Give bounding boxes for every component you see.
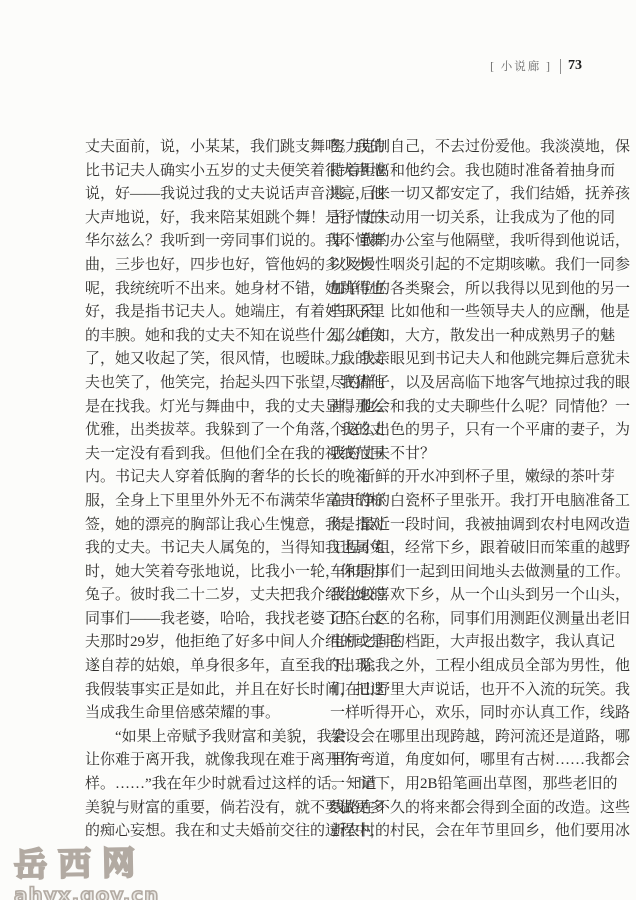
- text-line: 曲，三步也好，四步也好，管他妈的多少步: [85, 254, 307, 278]
- text-line: 夫一定没有看到我。但他们全在我的视线范围: [85, 443, 307, 467]
- text-line: 样。……”我在年少时就看过这样的话。知道: [85, 773, 307, 797]
- text-line: 车和同事们一起到田间地头去做测量的工作。: [330, 561, 553, 585]
- text-line: 内。书记夫人穿着低胸的奢华的长长的晚礼: [85, 466, 307, 490]
- text-line: 了，她又收起了笑，很风情，也暧昧。我的丈: [85, 348, 307, 372]
- text-line: 记下台区的名称，同事们用测距仪测量出老旧: [330, 608, 553, 632]
- text-line: 逃。后来一切又都安定了，我们结婚，抚养孩: [330, 183, 553, 207]
- text-line: 呢，我统统听不出来。她身材不错，她跳得也: [85, 278, 307, 302]
- text-line: 夫那时29岁，他拒绝了好多中间人介绍的或是毛: [85, 631, 307, 655]
- text-line: 说，好——我说过我的丈夫说话声音洪亮，他: [85, 183, 307, 207]
- text-line: 努力克制自己，不去过份爱他。我淡漠地，保: [330, 136, 553, 160]
- text-line: 加单位的各类聚会，所以我得以见到他的另一: [330, 278, 553, 302]
- text-line: 下。除我之外，工程小组成员全部为男性，他: [330, 655, 553, 679]
- text-line: 子。丈夫动用一切关系，让我成为了他的同: [330, 207, 553, 231]
- text-line: 以及慢性咽炎引起的不定期咳嗽。我们一同参: [330, 254, 553, 278]
- text-line: 事。我的办公室与他隔壁，我听得到他说话，: [330, 230, 553, 254]
- text-line: 在干净的白瓷杯子里张开。我打开电脑准备工: [330, 490, 553, 514]
- text-column-left: 丈夫面前，说，小某某，我们跳支舞吧。我的比书记夫人确实小五岁的丈夫便笑着很大声地…: [85, 136, 307, 844]
- text-line: 签，她的漂亮的胸部让我心生愧意，我是指对: [85, 514, 307, 538]
- text-line: 我比较喜欢下乡，从一个山头到另一个山头，: [330, 584, 553, 608]
- text-line: 我的丈夫。书记夫人属兔的，当得知我也属兔: [85, 537, 307, 561]
- text-line: 让你难于离开我，就像我现在难于离开你一: [85, 749, 307, 773]
- page-header: [ 小说廊 ] 73: [490, 58, 582, 74]
- text-column-right: 努力克制自己，不去过份爱他。我淡漠地，保持着距离和他约会。我也随时准备着抽身而逃…: [330, 136, 553, 844]
- text-line: 我假装事实正是如此，并且在好长时间，把这: [85, 679, 307, 703]
- header-divider-line: [560, 59, 561, 74]
- text-line: 比书记夫人确实小五岁的丈夫便笑着很大声地: [85, 160, 307, 184]
- text-line: 们在山野里大声说话，也开不入流的玩笑。我: [330, 679, 553, 703]
- text-line: 丈夫面前，说，小某某，我们跳支舞吧。我的: [85, 136, 307, 160]
- watermark: 岳西网 ahyx.gov.cn: [14, 838, 159, 900]
- page-number: 73: [568, 58, 582, 74]
- text-line: 遂自荐的姑娘，单身很多年，直至我的出现。: [85, 655, 307, 679]
- text-line: 电杆之间的档距，大声报出数字，我认真记: [330, 631, 553, 655]
- text-line: 作。最近一段时间，我被抽调到农村电网改造: [330, 514, 553, 538]
- section-label: [ 小说廊 ]: [490, 58, 552, 74]
- text-line: 美貌与财富的重要，倘若没有，就不要做更多: [85, 797, 307, 821]
- article-body: 丈夫面前，说，小某某，我们跳支舞吧。我的比书记夫人确实小五岁的丈夫便笑着很大声地…: [85, 136, 553, 844]
- text-line: 神。他会和我的丈夫聊些什么呢？同情他？一: [330, 396, 553, 420]
- text-line: 兔子。彼时我二十二岁，丈夫把我介绍给她的: [85, 584, 307, 608]
- watermark-site-name: 岳西网: [14, 837, 160, 887]
- text-line: 线路在不久的将来都会得到全面的改造。这些: [330, 797, 553, 821]
- text-line: 同事们——我老婆，哈哈，我找老婆了哈。丈: [85, 608, 307, 632]
- text-line: 力。我亲眼见到书记夫人和他跳完舞后意犹未: [330, 348, 553, 372]
- text-line: 个这么出色的男子，只有一个平庸的妻子，为: [330, 419, 553, 443]
- text-line: 优雅，出类拔萃。我躲到了一个角落，我的丈: [85, 419, 307, 443]
- text-line: 那么自如，大方，散发出一种成熟男子的魅: [330, 325, 553, 349]
- text-line: 华尔兹么？我听到一旁同事们说的。我不懂舞: [85, 230, 307, 254]
- text-line: 服，全身上下里里外外无不布满荣华富贵的标: [85, 490, 307, 514]
- text-line: 好，我是指书记夫人。她端庄，有着好日子里: [85, 301, 307, 325]
- text-line: 架设会在哪里出现跨越，跨河流还是道路，哪: [330, 726, 553, 750]
- text-line: 持着距离和他约会。我也随时准备着抽身而: [330, 160, 553, 184]
- text-line: 时，她大笑着夸张地说，比我小一轮，你是小: [85, 561, 307, 585]
- text-line: 是在找我。灯光与舞曲中，我的丈夫显得那么: [85, 396, 307, 420]
- text-line: 我的丈夫不甘？: [330, 443, 553, 467]
- text-line: 一样听得开心，欢乐，同时亦认真工作，线路: [330, 702, 553, 726]
- text-line: 当成我生命里倍感荣耀的事。: [85, 702, 307, 726]
- text-line: 尽的样子，以及居高临下地客气地掠过我的眼: [330, 372, 553, 396]
- text-line: 一一记下，用2B铅笔画出草图，那些老旧的: [330, 773, 553, 797]
- text-line: 大声地说，好，我来陪某姐跳个舞！是抒情的: [85, 207, 307, 231]
- text-line: 新农村的村民，会在年节里回乡，他们要用冰: [330, 820, 553, 844]
- text-line: 里有弯道，角度如何，哪里有古树……我都会: [330, 749, 553, 773]
- text-line: “如果上帝赋予我财富和美貌，我会: [85, 726, 307, 750]
- text-line: 工程小组，经常下乡，跟着破旧而笨重的越野: [330, 537, 553, 561]
- text-line: 夫也笑了，他笑完，抬起头四下张望，我猜他: [85, 372, 307, 396]
- text-line: 的丰腴。她和我的丈夫不知在说些什么，她笑: [85, 325, 307, 349]
- text-line: 新鲜的开水冲到杯子里，嫩绿的茶叶芽: [330, 466, 553, 490]
- text-line: 些风采。比如他和一些领导夫人的应酬，他是: [330, 301, 553, 325]
